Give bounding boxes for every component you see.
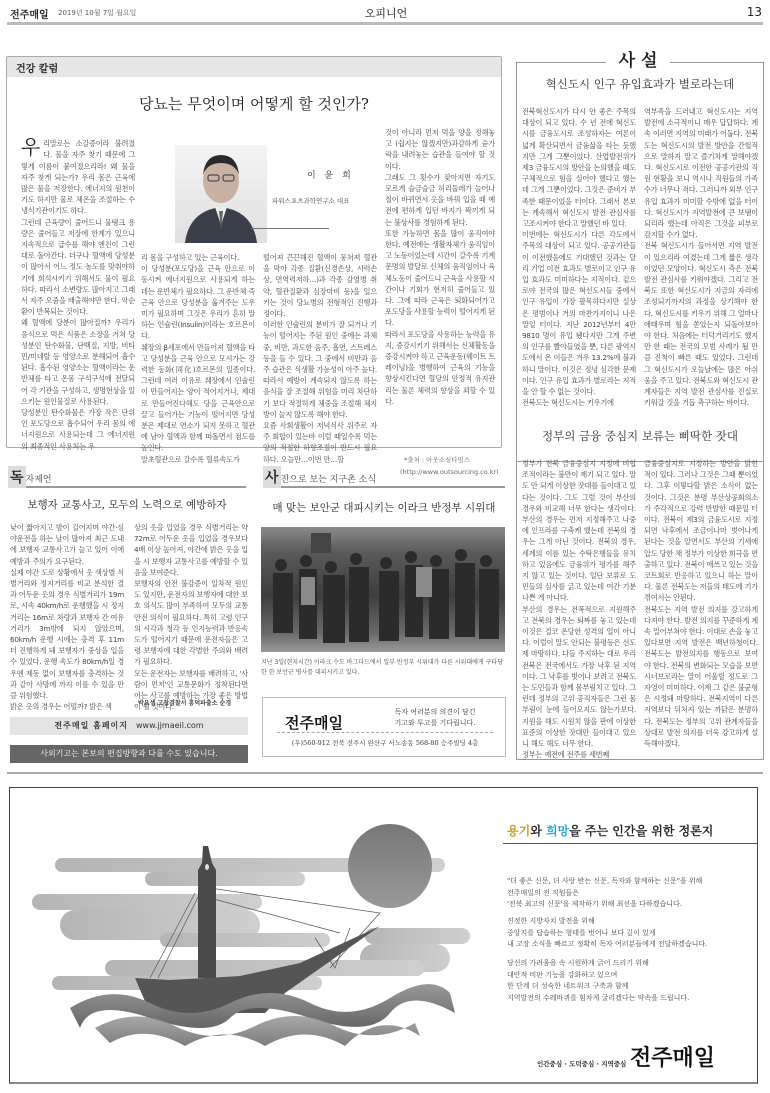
editorial-2-column-1: 정부가 전북 금융중심지 지정에 비협조적이라는 불만이 제기 되고 있다. 말… — [522, 458, 636, 760]
ad-slogan: 용기와 희망을 주는 인간을 위한 정론지 — [507, 822, 713, 839]
editorial-2-column-2: 금융중심지로 지정하는 방안을 밝힌 적이 있다. 그러나 그것은 그때 뿐이었… — [644, 458, 758, 749]
section-initial: 독 — [8, 466, 26, 488]
reader-column-header: 독자제언 — [8, 466, 246, 488]
drop-cap: 우 — [21, 138, 40, 156]
article-column-1: 우리말로는 소갈증이라 불려졌다. 물을 자주 찾기 때문에 그렇게 이름이 붙… — [21, 127, 135, 452]
photo-caption: 지난 3일(현지시간) 이라크 수도 바그다드에서 일부 반정부 시위대가 다른… — [261, 658, 505, 678]
article-column-4: 것이 아니라 먼저 먹을 양을 정해놓고 (쉽지는 않겠지만)과감하게 숟가락을… — [385, 127, 495, 407]
reader-column-1: 낮이 짧아지고 밤이 길어지며 야간·심야운전을 하는 날이 많아져 최근 도내… — [10, 522, 124, 712]
header-divider — [7, 22, 763, 25]
photo-news-header: 사진으로 보는 지구촌 소식 — [263, 466, 505, 488]
ad-paragraph-3: 당신의 가려움을 속 시원하게 긁어 드리기 위해 대안적 비판 기능을 강화하… — [507, 958, 757, 1004]
homepage-label: 전주매일 홈페이지 — [54, 721, 128, 730]
submission-notice-box: 전주매일 독자 여러분의 의견이 담긴 기고와 투고를 기다립니다. (우)56… — [262, 697, 506, 757]
section-divider — [7, 772, 763, 774]
author-divider — [251, 228, 329, 229]
reader-column-2: 상의 옷을 입었을 경우 식별거리는 약 72m로 어두운 옷을 입었을 경우보… — [134, 522, 248, 712]
newspaper-promo-ad: 용기와 희망을 주는 인간을 위한 정론지 "더 좋은 신문, 더 사랑 받는 … — [9, 787, 758, 1084]
newspaper-logo: 전주매일 — [285, 712, 343, 733]
column-label-bar: 건강 칼럼 — [7, 57, 501, 77]
page-header: 전주매일 2019년 10월 7일 월요일 오피니언 13 — [10, 4, 762, 24]
column-label: 건강 칼럼 — [16, 60, 58, 75]
health-column-article: 건강 칼럼 당뇨는 무엇이며 어떻게 할 것인가? 우리말로는 소갈증이라 불려… — [6, 56, 502, 448]
ad-paragraph-2: 진정한 지방자치 발전을 위해 중앙지를 답습하는 형태를 벗어나 보다 깊이 … — [507, 916, 757, 951]
article-headline: 당뇨는 무엇이며 어떻게 할 것인가? — [7, 93, 501, 114]
page-number: 13 — [747, 5, 762, 19]
homepage-link[interactable]: www.jjmaeil.com — [136, 721, 204, 730]
ship-illustration-icon — [10, 788, 480, 1083]
submission-invite-text: 독자 여러분의 의견이 담긴 기고와 투고를 기다립니다. — [375, 707, 495, 729]
crowd-photo-icon — [261, 527, 505, 652]
section-initial: 사 — [263, 466, 281, 488]
news-photo — [261, 527, 505, 652]
article-column-2: 리 몸을 구성하고 있는 근육이다. 이 당성분(포도당)을 근육 안으로 이동… — [141, 252, 255, 465]
article-column-3: 떨어져 끈끈해진 혈액이 뭉쳐져 혈관을 막아 각종 질환(신경손상, 시력손상… — [263, 252, 377, 465]
ad-tagline: 인간중심 · 도덕중심 · 지역중심 — [537, 1059, 626, 1068]
photo-headline: 매 맞는 보안군 대피시키는 이라크 반정부 시위대 — [263, 500, 505, 515]
dashed-divider — [277, 732, 493, 733]
homepage-banner[interactable]: 전주매일 홈페이지www.jjmaeil.com — [10, 717, 248, 735]
section-label: 자제언 — [26, 475, 52, 485]
author-credit: 박요셉 고창경찰서 흥덕파출소 순경 — [138, 698, 231, 707]
postal-address: (우)560-912 전북 전주시 완산구 서노송동 568-80 승주빌딩 4… — [263, 738, 507, 747]
source-credit: *출처 : 아웃소싱타임스 — [404, 455, 470, 464]
ad-paragraph-1: "더 좋은 신문, 더 사랑 받는 신문, 독자와 함께하는 신문"을 위해 전… — [507, 876, 757, 911]
author-title: 파워스포츠과학연구소 대표 — [272, 196, 349, 205]
editorial-headline-1: 혁신도시 인구 유입효과가 별로라는데 — [516, 76, 764, 92]
author-name: 이 윤 희 — [307, 168, 354, 181]
slogan-divider — [503, 843, 757, 844]
reader-headline: 보행자 교통사고, 모두의 노력으로 예방하자 — [8, 497, 246, 512]
section-title: 오피니언 — [10, 5, 762, 21]
editorial-1-column-2: 역부족을 드러내고 혁신도시는 지역 발전에 소극적이니 매우 답답하다. 계속… — [644, 106, 758, 408]
disclaimer-banner: 사외기고는 본보의 편집방향과 다를 수도 있습니다. — [10, 745, 248, 763]
column-text: 리말로는 소갈증이라 불려졌다. 물을 자주 찾기 때문에 그렇게 이름이 붙여… — [21, 139, 135, 450]
section-label: 진으로 보는 지구촌 소식 — [281, 475, 377, 485]
editorial-headline-2: 정부의 금융 중심지 보류는 삐딱한 잣대 — [516, 428, 764, 444]
newspaper-logo-large: 전주매일 — [630, 1041, 715, 1072]
editorial-1-column-1: 전북혁신도시가 다시 안 좋은 주목의 대상이 되고 있다. 수 년 전에 혁신… — [522, 106, 636, 408]
